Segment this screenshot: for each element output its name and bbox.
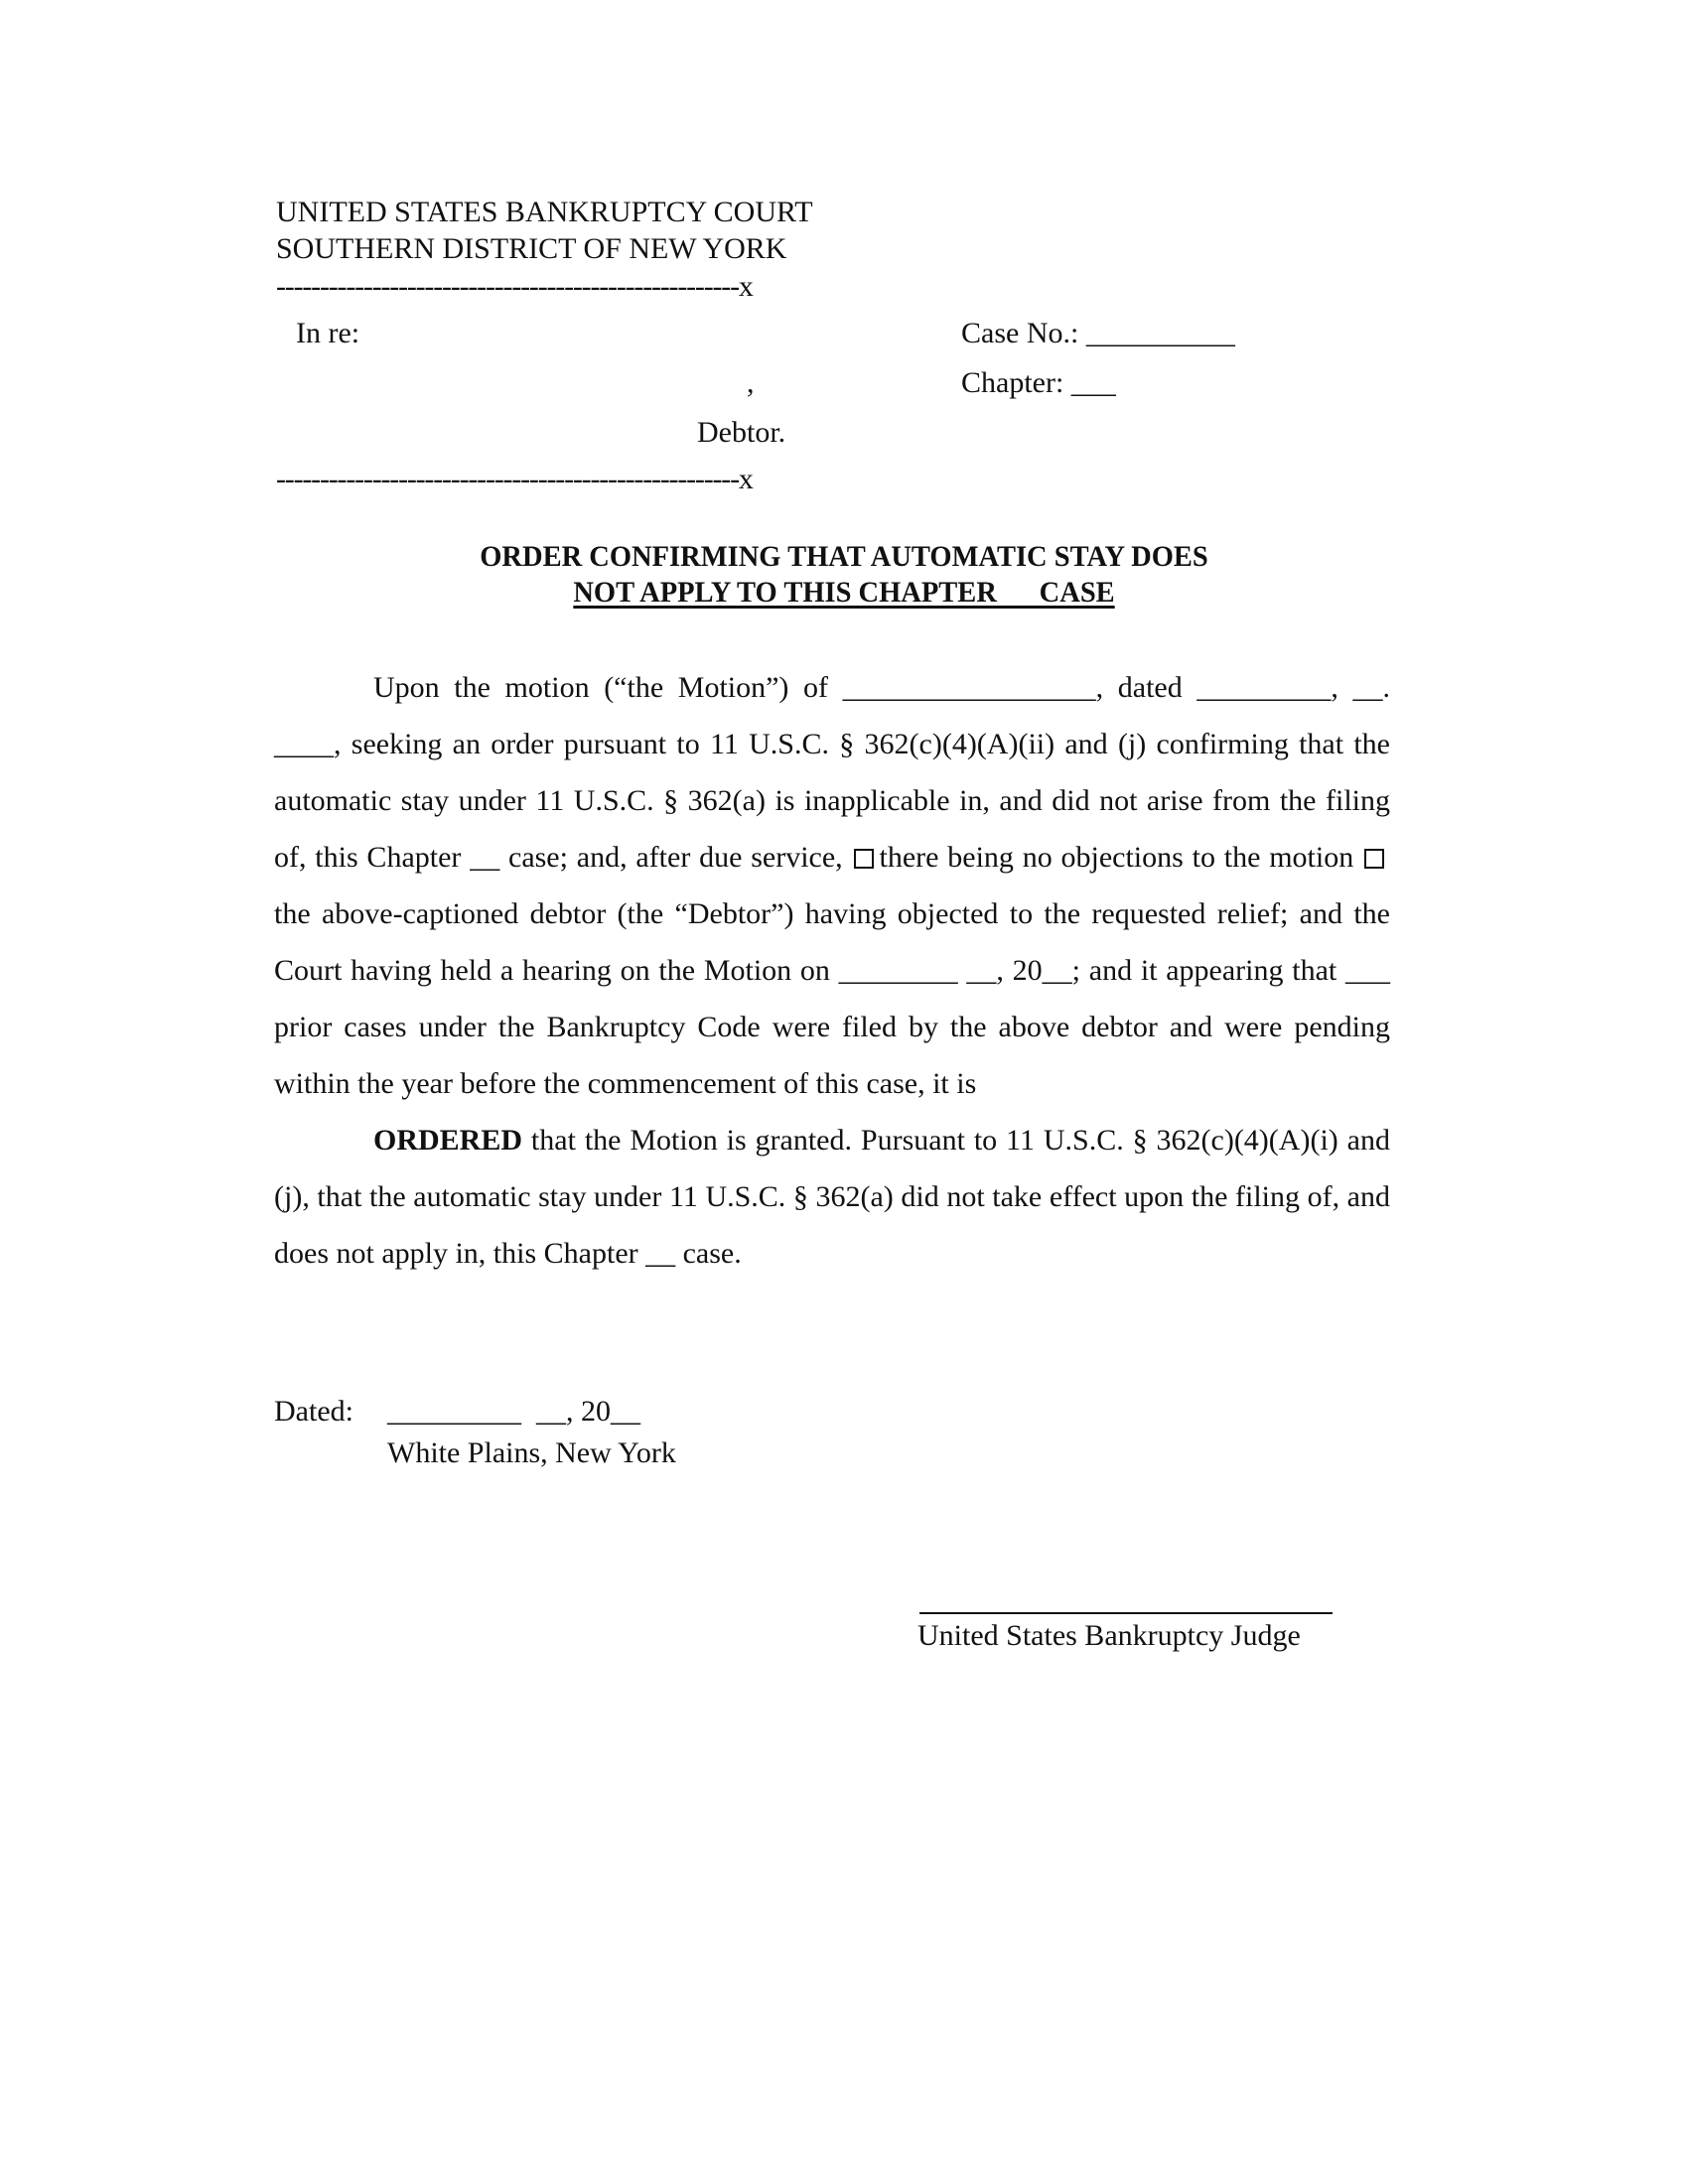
dated-location: White Plains, New York xyxy=(387,1438,676,1468)
ordered-keyword: ORDERED xyxy=(373,1124,522,1157)
debtor-objected-checkbox[interactable] xyxy=(1364,849,1384,869)
chapter-field[interactable]: Chapter: ___ xyxy=(961,368,1116,398)
caption-divider-bottom: ----------------------------------------… xyxy=(276,465,753,494)
recital-text-c: the above-captioned debtor (the “Debtor”… xyxy=(274,897,1390,1100)
order-title-line2: NOT APPLY TO THIS CHAPTER CASE xyxy=(43,576,1646,610)
ordered-paragraph: ORDERED that the Motion is granted. Purs… xyxy=(274,1112,1390,1282)
signature-line[interactable] xyxy=(919,1612,1333,1614)
dated-label: Dated: xyxy=(274,1397,353,1427)
judge-title: United States Bankruptcy Judge xyxy=(917,1621,1301,1651)
in-re-label: In re: xyxy=(296,319,359,348)
order-title-line2-text: NOT APPLY TO THIS CHAPTER CASE xyxy=(573,576,1114,609)
recital-paragraph: Upon the motion (“the Motion”) of ______… xyxy=(274,659,1390,1112)
court-name-line2: SOUTHERN DISTRICT OF NEW YORK xyxy=(276,234,786,264)
dated-value[interactable]: _________ __, 20__ xyxy=(387,1397,640,1427)
order-body: Upon the motion (“the Motion”) of ______… xyxy=(274,659,1390,1282)
case-number-field[interactable]: Case No.: __________ xyxy=(961,319,1235,348)
no-objections-checkbox[interactable] xyxy=(854,849,874,869)
debtor-label: Debtor. xyxy=(697,418,785,448)
debtor-name-comma: , xyxy=(747,368,755,398)
court-name-line1: UNITED STATES BANKRUPTCY COURT xyxy=(276,198,813,227)
order-title-line1: ORDER CONFIRMING THAT AUTOMATIC STAY DOE… xyxy=(43,540,1646,574)
caption-divider-top: ----------------------------------------… xyxy=(276,272,753,302)
recital-text-b: there being no objections to the motion xyxy=(880,841,1354,874)
